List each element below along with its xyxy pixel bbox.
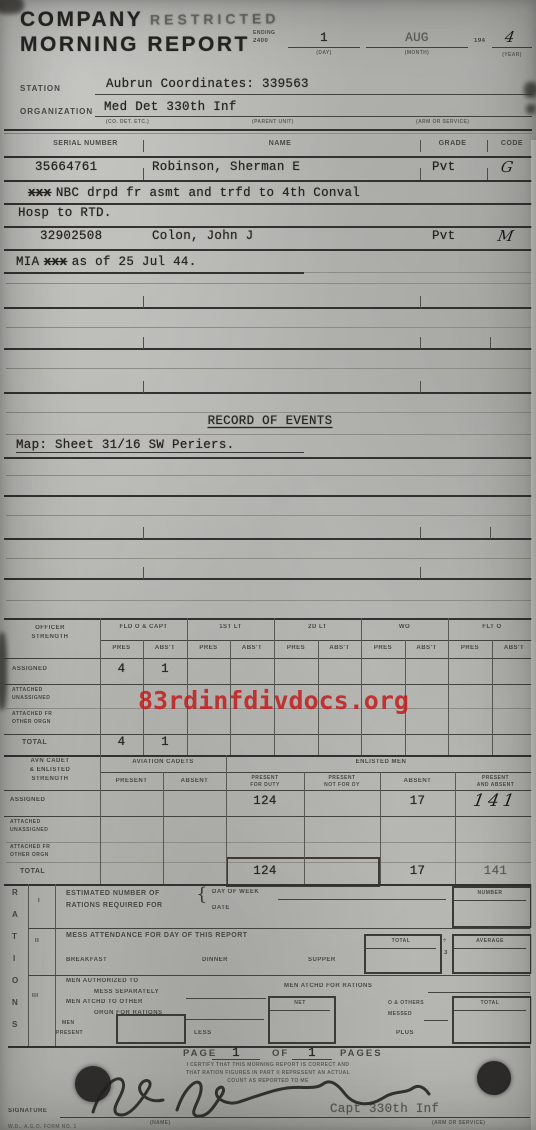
- row-label-attached-unassigned: UNASSIGNED: [12, 695, 50, 701]
- station-line: [95, 94, 532, 95]
- less-label: LESS: [194, 1030, 212, 1036]
- entry-grade: Pvt: [432, 160, 455, 174]
- mess-attendance-label: MESS ATTENDANCE FOR DAY OF THIS REPORT: [66, 932, 248, 939]
- estimated-rations-label: RATIONS REQUIRED FOR: [66, 902, 163, 909]
- station-label: STATION: [20, 84, 61, 93]
- table-grid-line: [163, 772, 164, 884]
- row-label-total: TOTAL: [22, 739, 47, 746]
- col-header-code: CODE: [492, 140, 532, 147]
- row-label-assigned: ASSIGNED: [12, 666, 47, 672]
- form-title-company: COMPANY: [20, 8, 143, 32]
- col-pres: PRES: [187, 645, 230, 651]
- dinner-label: DINNER: [202, 957, 228, 963]
- rations-letter: O: [12, 976, 19, 985]
- column-tick: [143, 337, 144, 349]
- officer-total-pres: 4: [100, 735, 143, 749]
- column-tick: [420, 140, 421, 152]
- table-grid-line: [100, 618, 101, 755]
- rule-line: [6, 412, 532, 413]
- rule-line: [6, 283, 532, 284]
- rule-line: [100, 640, 532, 641]
- rule-line: [4, 816, 532, 817]
- rule-line: [4, 180, 532, 182]
- officer-strength-label: OFFICER: [0, 625, 100, 631]
- rule-line: [4, 538, 532, 540]
- rule-line: [6, 434, 532, 435]
- entry-grade: Pvt: [432, 229, 455, 243]
- row-label-attached-fr-other: ATTACHED FR: [12, 711, 52, 717]
- typed-unit: Capt 330th Inf: [330, 1102, 439, 1116]
- rule-line: [4, 272, 304, 274]
- year-sub-label: (YEAR): [492, 52, 532, 58]
- row-label-attached-fr-other: OTHER ORGN: [12, 719, 51, 725]
- estimated-rations-label: ESTIMATED NUMBER OF: [66, 890, 160, 897]
- col-abst: ABS'T: [230, 645, 274, 651]
- col-group-aviation-cadets: AVIATION CADETS: [100, 759, 226, 765]
- rule-line: [4, 129, 532, 131]
- organization-value: Med Det 330th Inf: [104, 100, 237, 114]
- table-grid-line: [448, 618, 449, 755]
- entry-remark: MIA xxx as of 25 Jul 44.: [16, 252, 197, 270]
- rations-letter: N: [12, 998, 19, 1007]
- column-tick: [420, 527, 421, 539]
- punch-hole-right: [477, 1061, 511, 1095]
- col-present-and-absent: AND ABSENT: [455, 782, 536, 788]
- rule-line: [4, 133, 532, 134]
- station-value: Aubrun Coordinates: 339563: [106, 77, 309, 91]
- year-blank-line: [492, 47, 532, 48]
- column-tick: [490, 527, 491, 539]
- table-grid-line: [380, 772, 381, 884]
- org-sub-co-det: (CO. DET. ETC.): [106, 119, 149, 125]
- row-label-attached-fr-other: OTHER ORGN: [10, 852, 49, 858]
- rule-line: [304, 272, 532, 273]
- table-grid-line: [492, 640, 493, 755]
- col-present-not-for-duty: PRESENT: [304, 775, 380, 781]
- rule-line: [8, 1046, 530, 1048]
- brace-glyph: {: [196, 884, 207, 905]
- supper-label: SUPPER: [308, 957, 336, 963]
- rule-line: [4, 226, 532, 228]
- rations-letter: R: [12, 888, 19, 897]
- month-blank-line: [366, 47, 468, 48]
- column-tick: [420, 337, 421, 349]
- entry-code: G: [499, 158, 514, 176]
- row-label-assigned: ASSIGNED: [10, 797, 45, 803]
- row-label-attached-unassigned: ATTACHED: [12, 687, 43, 693]
- rations-letter: A: [12, 910, 19, 919]
- rule-line: [454, 948, 526, 949]
- rule-line: [4, 578, 532, 580]
- month-value: AUG: [366, 31, 468, 45]
- col-header-serial: SERIAL NUMBER: [28, 140, 143, 147]
- men-present-label: PRESENT: [56, 1030, 83, 1036]
- rule-line: [4, 734, 532, 735]
- enlisted-strength-label: & ENLISTED: [0, 767, 100, 773]
- enlisted-assigned-pfd: 124: [226, 794, 304, 808]
- col-group-flt-o: FLT O: [448, 624, 536, 630]
- rule-line: [28, 975, 530, 976]
- rule-line: [366, 948, 436, 949]
- year-value: 4: [503, 28, 516, 46]
- strikeover-text: xxx: [44, 255, 67, 269]
- day-of-week-label: DAY OF WEEK: [212, 889, 259, 895]
- table-grid-line: [455, 772, 456, 884]
- total-box-label: TOTAL: [364, 938, 438, 944]
- form-number: W.D., A.G.O. FORM NO. 1: [8, 1124, 77, 1130]
- entry-name: Colon, John J: [152, 229, 253, 243]
- restricted-stamp: RESTRICTED: [150, 10, 280, 27]
- day-sub-label: (DAY): [288, 50, 360, 56]
- others-messed-label: MESSED: [388, 1011, 412, 1017]
- record-of-events-entry: Map: Sheet 31/16 SW Periers.: [16, 438, 304, 453]
- strikeover-text: xxx: [28, 186, 51, 200]
- col-cadet-absent: ABSENT: [163, 778, 226, 784]
- col-abst: ABS'T: [318, 645, 361, 651]
- men-present-label: MEN: [62, 1020, 75, 1026]
- entry-serial: 35664761: [35, 160, 97, 174]
- entry-code: M: [496, 227, 515, 245]
- table-grid-line: [28, 884, 29, 1046]
- rule-line: [4, 156, 532, 158]
- officer-strength-label: STRENGTH: [0, 634, 100, 640]
- enlisted-total-total: 141: [455, 864, 536, 878]
- rations-letter: I: [13, 954, 16, 963]
- rule-line: [4, 495, 532, 497]
- column-tick: [143, 381, 144, 393]
- enlisted-strength-label: STRENGTH: [0, 776, 100, 782]
- officer-assigned-pres: 4: [100, 662, 143, 676]
- rule-line: [4, 684, 532, 685]
- month-sub-label: (MONTH): [366, 50, 468, 56]
- entry-serial: 32902508: [40, 229, 102, 243]
- rule-line: [454, 900, 526, 901]
- blank-line: [424, 1020, 448, 1021]
- morning-report-scan: COMPANY RESTRICTED MORNING REPORT ENDING…: [0, 0, 536, 1130]
- rule-line: [4, 457, 532, 459]
- col-present-not-for-duty: NOT FOR DY: [304, 782, 380, 788]
- row-label-attached-fr-other: ATTACHED FR: [10, 844, 50, 850]
- table-grid-line: [100, 755, 101, 884]
- day-blank-line: [288, 47, 360, 48]
- column-tick: [420, 567, 421, 579]
- rations-letter: S: [12, 1020, 18, 1029]
- day-value: 1: [288, 31, 360, 45]
- col-abst: ABS'T: [405, 645, 448, 651]
- column-tick: [487, 140, 488, 152]
- blank-line: [428, 992, 530, 993]
- signature-label: SIGNATURE: [8, 1108, 47, 1114]
- col-pres: PRES: [448, 645, 492, 651]
- organization-line: [95, 116, 532, 117]
- rule-line: [4, 618, 532, 620]
- enlisted-strength-label: AVN CADET: [0, 758, 100, 764]
- organization-label: ORGANIZATION: [20, 107, 93, 116]
- rule-line: [6, 327, 532, 328]
- table-grid-line: [226, 755, 227, 884]
- scan-artifact: [0, 632, 7, 710]
- number-box-label: NUMBER: [452, 890, 528, 896]
- date-label: DATE: [212, 905, 230, 911]
- rule-line: [28, 928, 530, 929]
- column-tick: [420, 296, 421, 308]
- part-i-numeral: I: [38, 898, 40, 904]
- rule-line: [454, 1010, 526, 1011]
- col-group-enlisted-men: ENLISTED MEN: [226, 759, 536, 765]
- col-pres: PRES: [361, 645, 405, 651]
- enlisted-total-pfd: 124: [226, 864, 304, 878]
- rule-line: [4, 307, 532, 309]
- org-sub-arm-service: (ARM OR SERVICE): [416, 119, 469, 125]
- column-tick: [420, 381, 421, 393]
- name-sub-label: (NAME): [150, 1120, 170, 1126]
- remark-text: NBC drpd fr asmt and trfd to 4th Conval: [56, 186, 360, 200]
- divide-by-three: 3: [444, 950, 448, 956]
- arm-service-sub-label: (ARM OR SERVICE): [432, 1120, 485, 1126]
- col-present-for-duty: FOR DUTY: [226, 782, 304, 788]
- rule-line: [270, 1010, 330, 1011]
- scan-artifact: [524, 82, 536, 98]
- row-label-attached-unassigned: UNASSIGNED: [10, 827, 48, 833]
- scan-artifact: [526, 104, 536, 114]
- column-tick: [487, 168, 488, 180]
- col-group-2d-lt: 2D LT: [274, 624, 361, 630]
- mess-separately-label: MESS SEPARATELY: [94, 989, 159, 995]
- enlisted-assigned-absent: 17: [380, 794, 455, 808]
- row-label-total: TOTAL: [20, 868, 45, 875]
- rule-line: [4, 203, 532, 205]
- entry-remark: Hosp to RTD.: [18, 206, 112, 220]
- ending-time: 2400: [253, 38, 268, 44]
- col-present-and-absent: PRESENT: [455, 775, 536, 781]
- col-group-fldo-capt: FLD O & CAPT: [100, 624, 187, 630]
- plus-label: PLUS: [396, 1030, 414, 1036]
- blank-line: [184, 1019, 264, 1020]
- rule-line: [4, 392, 532, 394]
- table-grid-line: [55, 884, 56, 1046]
- column-tick: [143, 168, 144, 180]
- enlisted-assigned-total: 141: [453, 791, 536, 811]
- rule-line: [6, 842, 532, 843]
- rule-line: [100, 772, 532, 773]
- officer-assigned-abst: 1: [143, 662, 187, 676]
- men-atchd-for-rations-label: MEN ATCHD FOR RATIONS: [284, 983, 372, 989]
- col-abst: ABS'T: [143, 645, 187, 651]
- rations-letter: T: [12, 932, 18, 941]
- signature-line: [60, 1117, 530, 1118]
- rations-total-box-label: TOTAL: [452, 1000, 528, 1006]
- average-box-label: AVERAGE: [452, 938, 528, 944]
- enlisted-total-absent: 17: [380, 864, 455, 878]
- table-grid-line: [304, 772, 305, 884]
- ending-label: ENDING: [253, 30, 275, 36]
- rule-line: [6, 600, 532, 601]
- rule-line: [4, 755, 532, 757]
- column-tick: [143, 140, 144, 152]
- entry-remark: xxx NBC drpd fr asmt and trfd to 4th Con…: [28, 183, 360, 201]
- row-label-attached-unassigned: ATTACHED: [10, 819, 41, 825]
- remark-text: MIA: [16, 255, 39, 269]
- men-atchd-other-label: MEN ATCHD TO OTHER: [66, 999, 143, 1005]
- breakfast-label: BREAKFAST: [66, 957, 107, 963]
- rule-line: [4, 658, 532, 659]
- part-iii-numeral: III: [32, 993, 39, 999]
- col-pres: PRES: [100, 645, 143, 651]
- rule-line: [4, 348, 532, 350]
- column-tick: [490, 337, 491, 349]
- column-tick: [143, 567, 144, 579]
- paper-edge-highlight: [531, 140, 536, 1130]
- divide-symbol: ÷: [443, 938, 447, 944]
- scan-artifact: [0, 0, 24, 14]
- remark-text: as of 25 Jul 44.: [72, 255, 197, 269]
- rule-line: [4, 249, 532, 251]
- others-messed-label: O & OTHERS: [388, 1000, 424, 1006]
- blank-line: [278, 899, 446, 900]
- col-cadet-present: PRESENT: [100, 778, 163, 784]
- col-header-name: NAME: [200, 140, 360, 147]
- record-of-events-heading: RECORD OF EVENTS: [150, 414, 390, 428]
- entry-name: Robinson, Sherman E: [152, 160, 300, 174]
- form-title-morning-report: MORNING REPORT: [20, 33, 250, 57]
- rule-line: [6, 368, 532, 369]
- net-box-label: NET: [268, 1000, 332, 1006]
- rule-line: [6, 558, 532, 559]
- col-abst: ABS'T: [492, 645, 536, 651]
- rule-line: [4, 790, 532, 791]
- watermark-text: 83rdinfdivdocs.org: [138, 686, 409, 715]
- rule-line: [6, 475, 532, 476]
- col-header-grade: GRADE: [425, 140, 480, 147]
- col-absent: ABSENT: [380, 778, 455, 784]
- column-tick: [143, 296, 144, 308]
- org-sub-parent-unit: (PARENT UNIT): [252, 119, 294, 125]
- col-group-wo: WO: [361, 624, 448, 630]
- men-authorized-label: MEN AUTHORIZED TO: [66, 978, 139, 984]
- column-tick: [420, 168, 421, 180]
- year-prefix: 194: [474, 38, 486, 44]
- officer-total-abst: 1: [143, 735, 187, 749]
- men-present-box: [116, 1014, 186, 1044]
- blank-line: [186, 998, 266, 999]
- part-ii-numeral: II: [35, 938, 39, 944]
- col-present-for-duty: PRESENT: [226, 775, 304, 781]
- col-pres: PRES: [274, 645, 318, 651]
- col-group-1st-lt: 1ST LT: [187, 624, 274, 630]
- column-tick: [143, 527, 144, 539]
- rule-line: [6, 515, 532, 516]
